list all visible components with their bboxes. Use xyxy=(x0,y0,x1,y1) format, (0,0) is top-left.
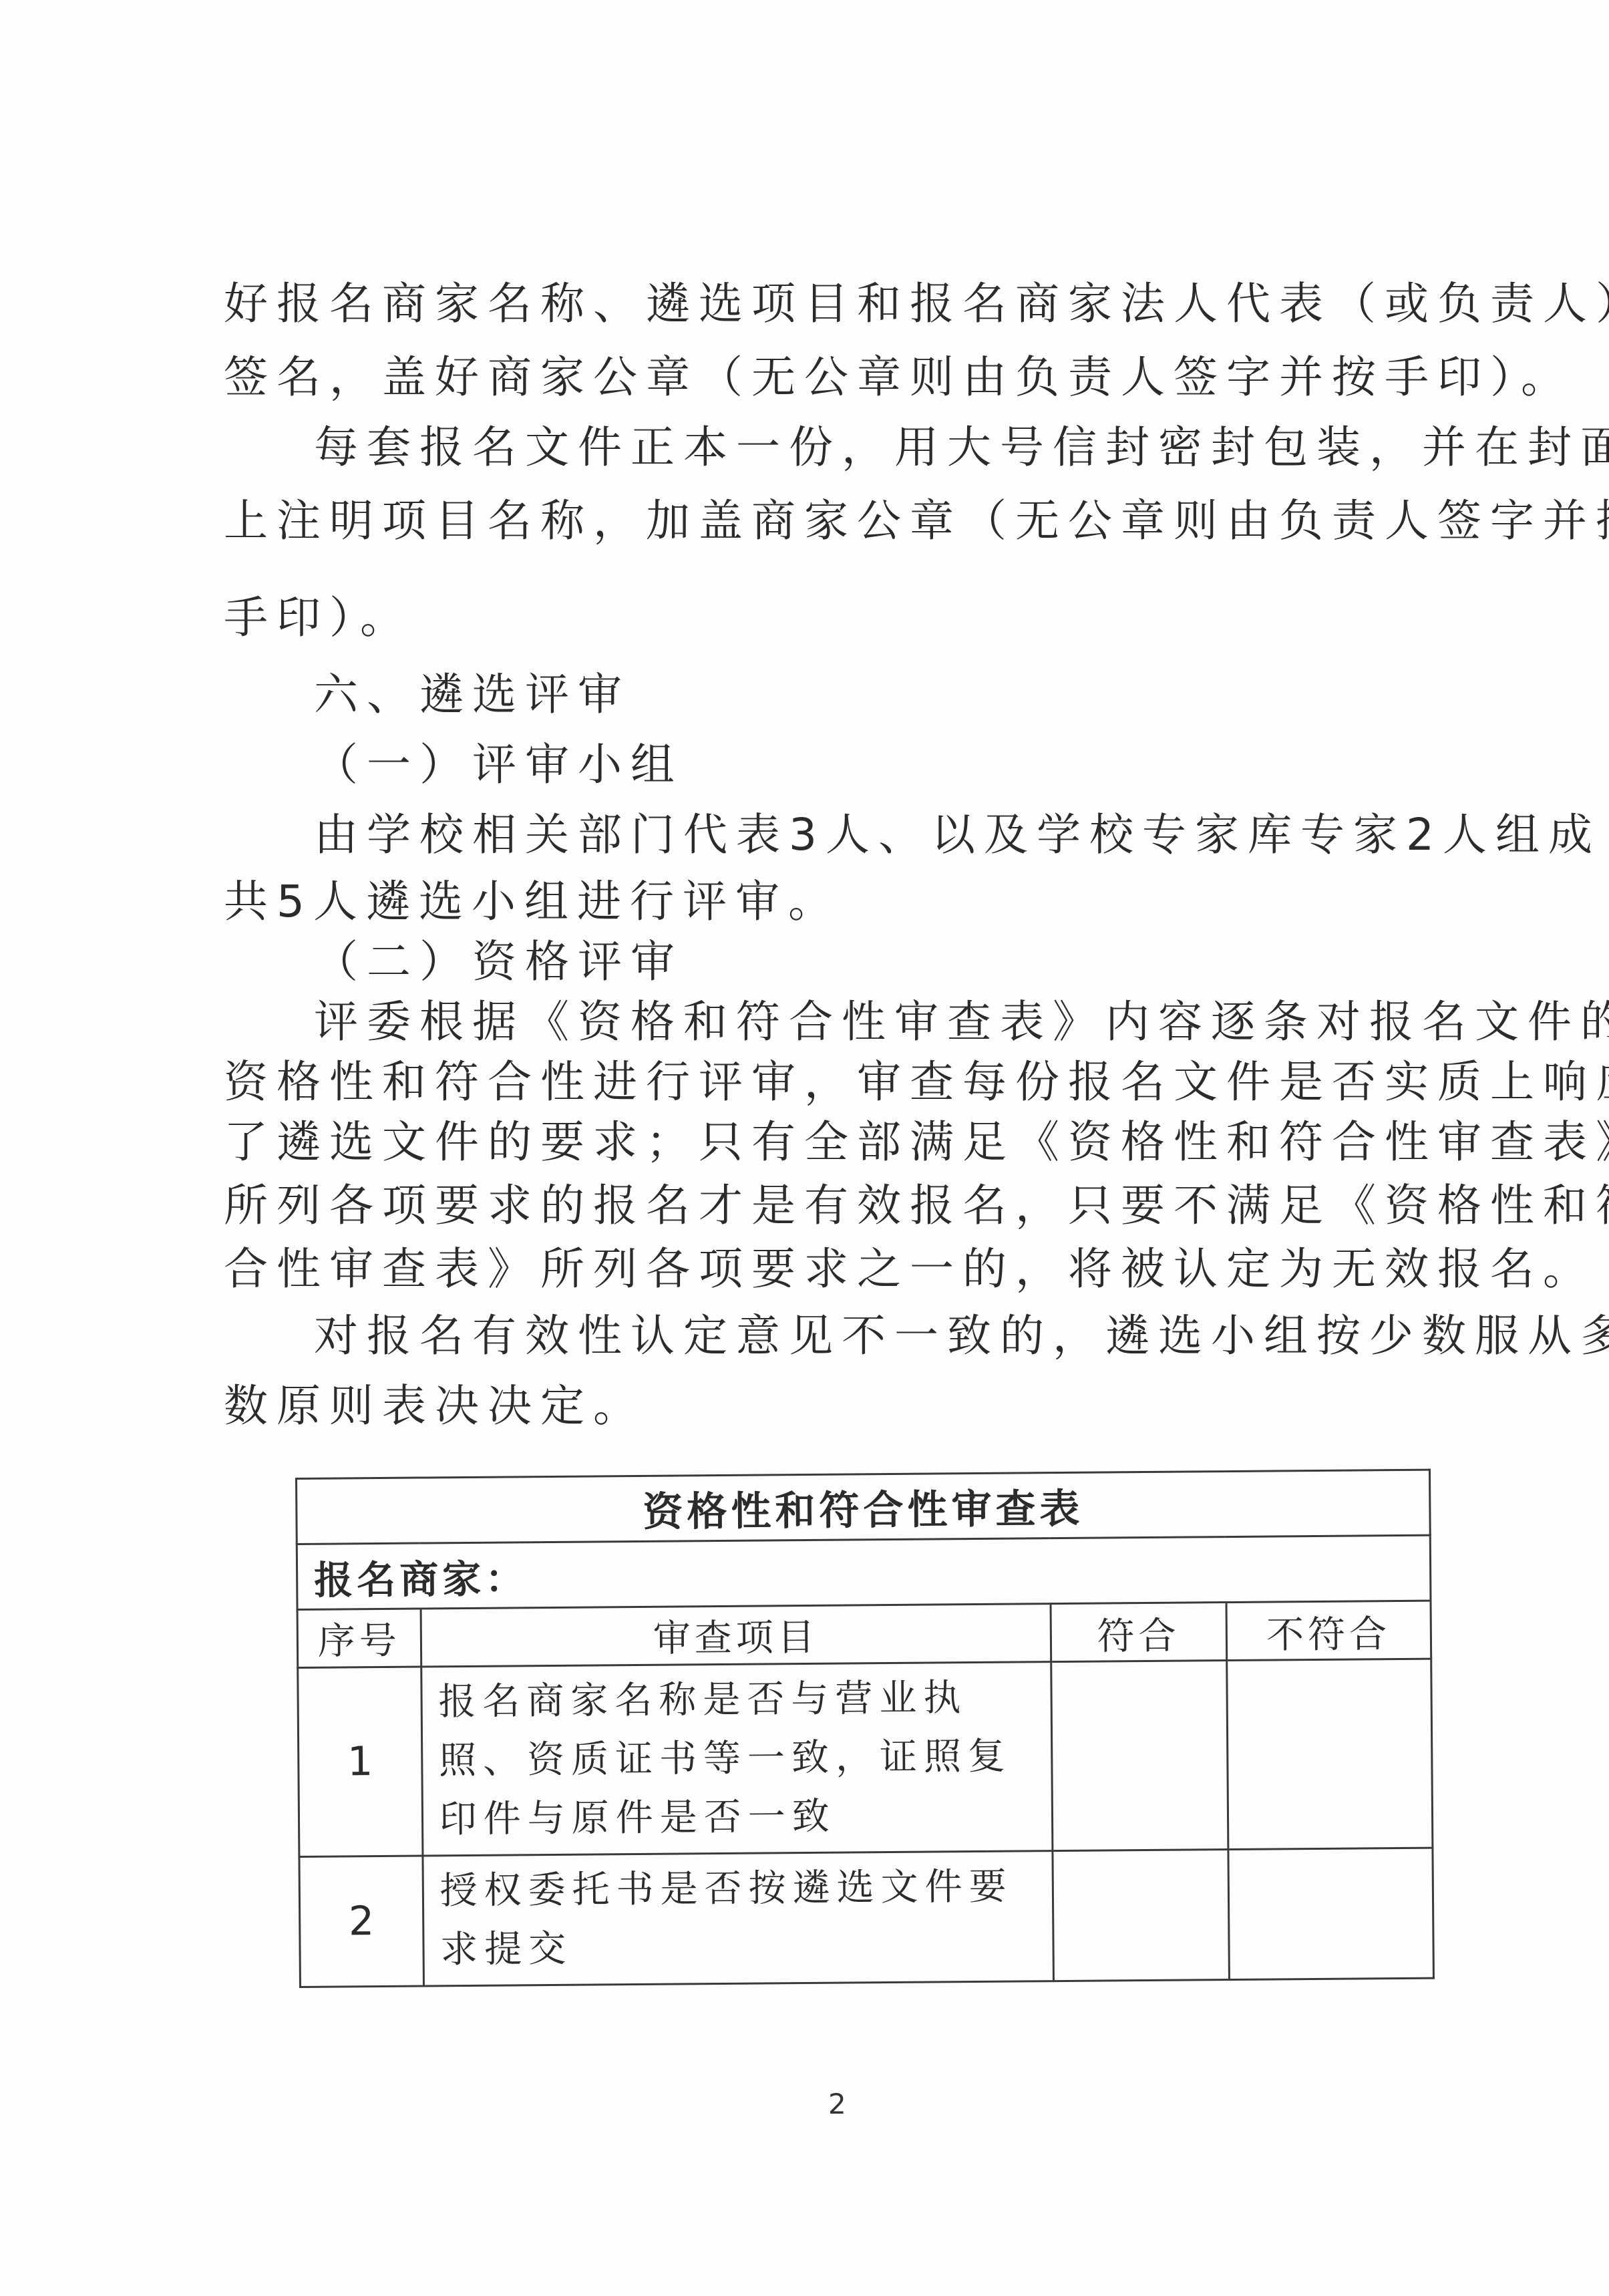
row-no: 2 xyxy=(299,1856,423,1987)
row-no: 1 xyxy=(298,1667,423,1856)
header-item: 审查项目 xyxy=(421,1604,1051,1667)
paragraph-line: 由学校相关部门代表3人、以及学校专家库专家2人组成 xyxy=(314,805,1489,865)
row-pass-cell[interactable] xyxy=(1051,1661,1228,1851)
header-no: 序号 xyxy=(297,1609,421,1667)
paragraph-line: 数原则表决决定。 xyxy=(224,1376,1399,1436)
paragraph-line: 共5人遴选小组进行评审。 xyxy=(224,872,1399,932)
paragraph-line: 上注明项目名称，加盖商家公章（无公章则由负责人签字并按 xyxy=(224,491,1399,551)
merchant-field[interactable]: 报名商家： xyxy=(297,1535,1431,1609)
paragraph-line: （一）评审小组 xyxy=(314,735,1489,795)
paragraph-line: 签名，盖好商家公章（无公章则由负责人签字并按手印）。 xyxy=(224,347,1399,407)
header-fail: 不符合 xyxy=(1226,1601,1431,1660)
paragraph-line: 了遴选文件的要求；只有全部满足《资格性和符合性审查表》 xyxy=(224,1112,1399,1172)
table-row: 2 授权委托书是否按遴选文件要求提交 xyxy=(299,1848,1433,1987)
row-item: 报名商家名称是否与营业执照、资质证书等一致，证照复印件与原件是否一致 xyxy=(421,1662,1052,1856)
paragraph-line: 好报名商家名称、遴选项目和报名商家法人代表（或负责人） xyxy=(224,274,1399,334)
paragraph-line: 对报名有效性认定意见不一致的，遴选小组按少数服从多 xyxy=(314,1306,1489,1366)
qualification-review-table: 资格性和符合性审查表 报名商家： 序号 审查项目 符合 不符合 1 报名商家名称… xyxy=(295,1469,1435,1988)
merchant-label: 报名商家： xyxy=(314,1556,528,1603)
paragraph-line: 六、遴选评审 xyxy=(314,665,1489,725)
paragraph-line: （二）资格评审 xyxy=(314,932,1489,992)
paragraph-line: 所列各项要求的报名才是有效报名，只要不满足《资格性和符 xyxy=(224,1176,1399,1236)
row-item: 授权委托书是否按遴选文件要求提交 xyxy=(423,1851,1054,1986)
row-pass-cell[interactable] xyxy=(1053,1850,1229,1981)
row-fail-cell[interactable] xyxy=(1228,1848,1433,1979)
paragraph-line: 每套报名文件正本一份，用大号信封密封包装，并在封面 xyxy=(314,418,1489,478)
header-pass: 符合 xyxy=(1051,1603,1226,1662)
table-title: 资格性和符合性审查表 xyxy=(297,1470,1431,1544)
paragraph-line: 评委根据《资格和符合性审查表》内容逐条对报名文件的 xyxy=(314,992,1489,1052)
paragraph-line: 合性审查表》所列各项要求之一的，将被认定为无效报名。 xyxy=(224,1239,1399,1299)
table-row: 1 报名商家名称是否与营业执照、资质证书等一致，证照复印件与原件是否一致 xyxy=(298,1659,1433,1856)
page-number: 2 xyxy=(828,2088,846,2120)
paragraph-line: 资格性和符合性进行评审，审查每份报名文件是否实质上响应 xyxy=(224,1052,1399,1112)
row-fail-cell[interactable] xyxy=(1226,1659,1433,1849)
paragraph-line: 手印）。 xyxy=(224,588,1399,648)
document-page: 好报名商家名称、遴选项目和报名商家法人代表（或负责人）签名，盖好商家公章（无公章… xyxy=(0,0,1609,2296)
